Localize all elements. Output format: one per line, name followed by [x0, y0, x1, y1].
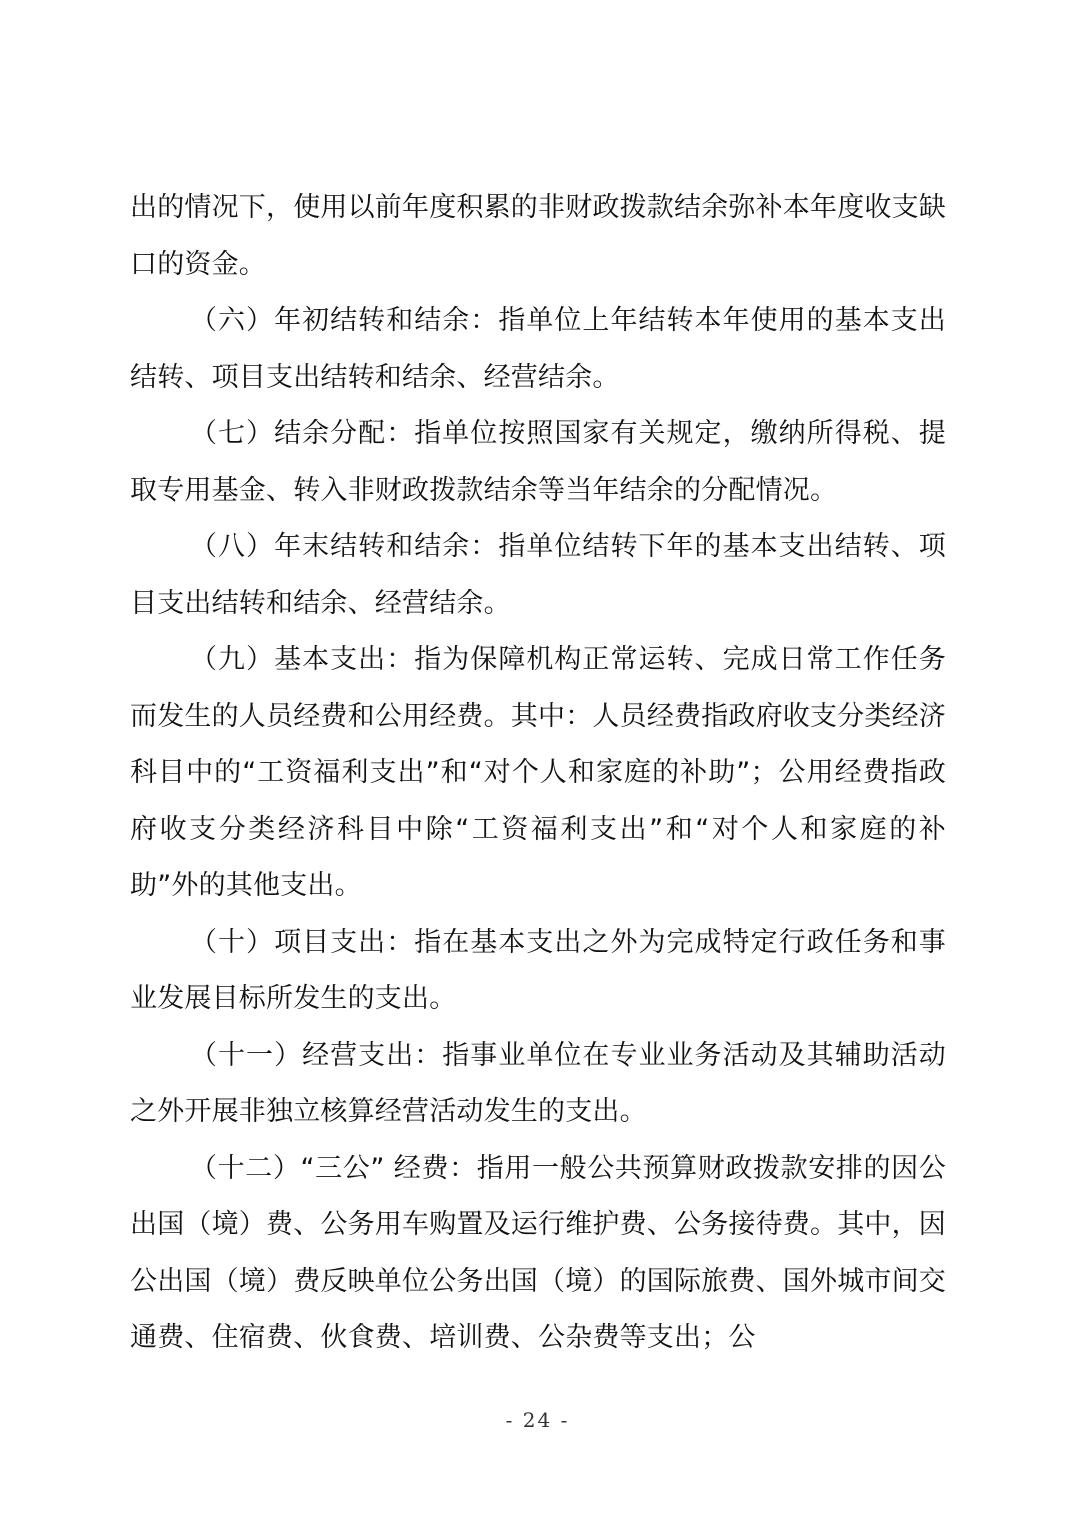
paragraph-item-11-operating-expenditure: （十一）经营支出：指事业单位在专业业务活动及其辅助活动之外开展非独立核算经营活动… [130, 1028, 946, 1141]
paragraph-item-6-beginning-carryover: （六）年初结转和结余：指单位上年结转本年使用的基本支出结转、项目支出结转和结余、… [130, 293, 946, 406]
paragraph-item-10-project-expenditure: （十）项目支出：指在基本支出之外为完成特定行政任务和事业发展目标所发生的支出。 [130, 915, 946, 1028]
paragraph-item-12-three-public-expenses: （十二）“三公” 经费：指用一般公共预算财政拨款安排的因公出国（境）费、公务用车… [130, 1141, 946, 1367]
page-number: - 24 - [0, 1408, 1075, 1432]
paragraph-item-8-year-end-carryover: （八）年末结转和结余：指单位结转下年的基本支出结转、项目支出结转和结余、经营结余… [130, 519, 946, 632]
paragraph-continuation: 出的情况下，使用以前年度积累的非财政拨款结余弥补本年度收支缺口的资金。 [130, 180, 946, 293]
document-page-body: 出的情况下，使用以前年度积累的非财政拨款结余弥补本年度收支缺口的资金。 （六）年… [130, 180, 946, 1367]
paragraph-item-7-surplus-distribution: （七）结余分配：指单位按照国家有关规定，缴纳所得税、提取专用基金、转入非财政拨款… [130, 406, 946, 519]
paragraph-item-9-basic-expenditure: （九）基本支出：指为保障机构正常运转、完成日常工作任务而发生的人员经费和公用经费… [130, 632, 946, 915]
